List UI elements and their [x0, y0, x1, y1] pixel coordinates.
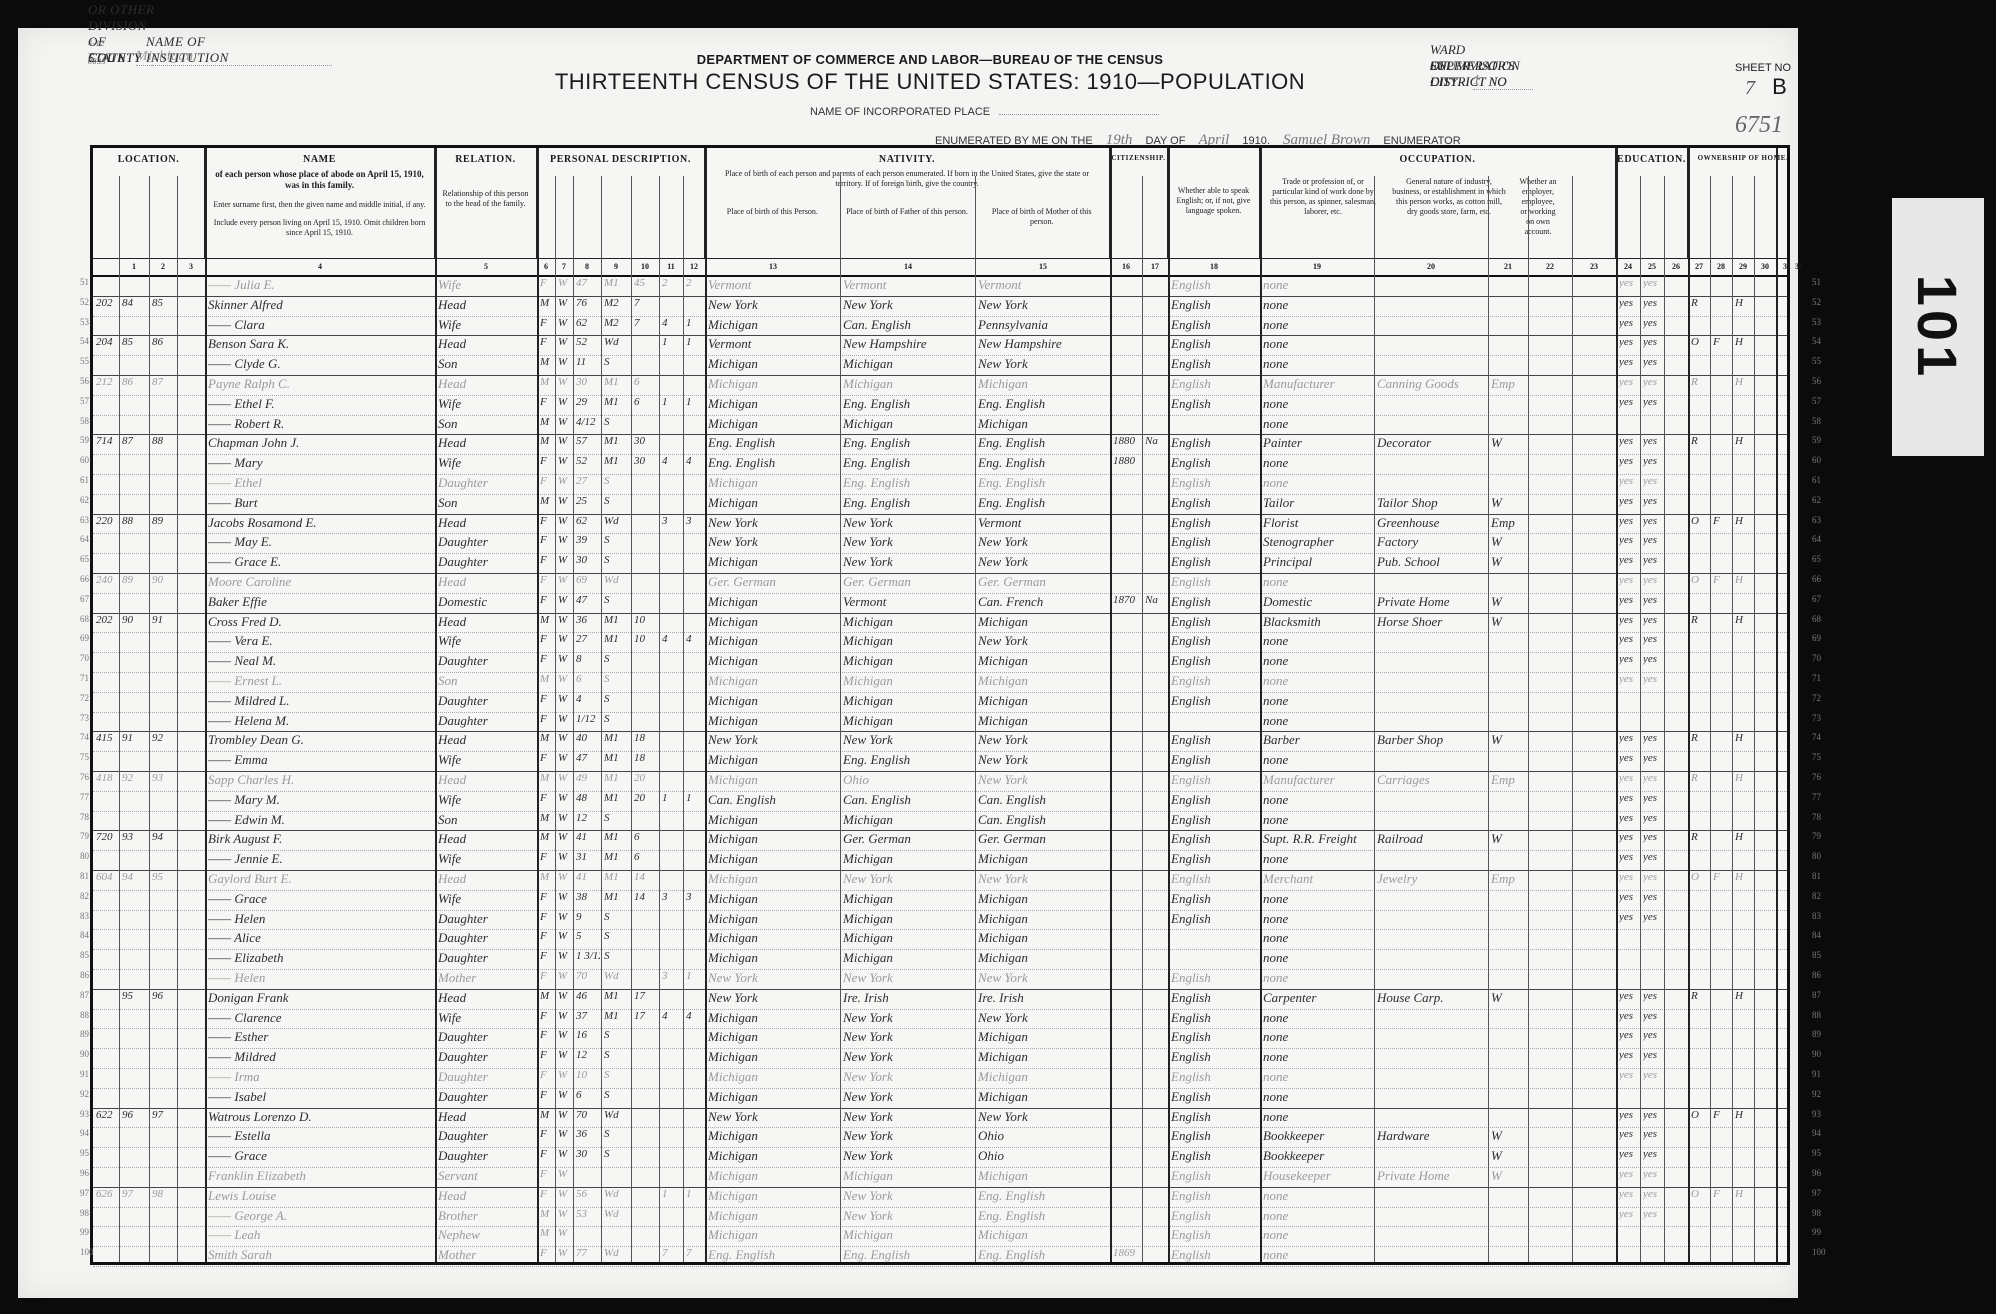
- cell-industry: Private Home: [1377, 1168, 1487, 1184]
- cell-read: yes: [1619, 1109, 1639, 1121]
- cell-english: English: [1171, 475, 1259, 491]
- cell-name: —— Alice: [208, 930, 434, 946]
- cell-trade: none: [1263, 812, 1373, 828]
- cell-trade: Merchant: [1263, 871, 1373, 887]
- line-number: 98: [80, 1208, 89, 1218]
- cell-dwelling: 88: [152, 435, 176, 447]
- cell-name: —— Neal M.: [208, 653, 434, 669]
- cell-street: 714: [96, 435, 118, 447]
- cell-write: yes: [1643, 1208, 1663, 1220]
- column-divider: [840, 176, 841, 1262]
- table-row: —— EstellaDaughterFW36SMichiganNew YorkO…: [93, 1127, 1787, 1148]
- col19-label: General nature of industry, business, or…: [1386, 173, 1512, 241]
- cell-pob: New York: [708, 534, 839, 550]
- cell-sex: F: [540, 1148, 554, 1160]
- cell-write: yes: [1643, 831, 1663, 843]
- cell-free: F: [1713, 515, 1731, 527]
- cell-living: 2: [686, 277, 704, 289]
- cell-marital: M1: [604, 792, 630, 804]
- cell-english: English: [1171, 336, 1259, 352]
- cell-relation: Head: [438, 1188, 536, 1204]
- cell-born: 3: [662, 515, 682, 527]
- line-number: 92: [1812, 1089, 1821, 1099]
- cell-write: yes: [1643, 1010, 1663, 1022]
- cell-pob: Ger. German: [708, 574, 839, 590]
- citizenship-header: CITIZENSHIP.: [1110, 148, 1168, 258]
- cell-name: —— Robert R.: [208, 416, 434, 432]
- nativity-sub: Place of birth of each person and parent…: [705, 165, 1109, 193]
- cell-marital: Wd: [604, 574, 630, 586]
- cell-name: Sapp Charles H.: [208, 772, 434, 788]
- cell-mother: Michigan: [978, 1227, 1109, 1243]
- cell-father: New York: [843, 871, 974, 887]
- cell-read: yes: [1619, 515, 1639, 527]
- cell-mother: Ger. German: [978, 574, 1109, 590]
- cell-sex: F: [540, 653, 554, 665]
- cell-father: New York: [843, 1128, 974, 1144]
- cell-read: yes: [1619, 277, 1639, 289]
- cell-relation: Head: [438, 336, 536, 352]
- cell-years: 45: [634, 277, 658, 289]
- cell-english: English: [1171, 1227, 1259, 1243]
- cell-pob: Michigan: [708, 376, 839, 392]
- line-number: 51: [1812, 277, 1821, 287]
- cell-age: 11: [576, 356, 600, 368]
- cell-father: New York: [843, 1208, 974, 1224]
- cell-pob: Michigan: [708, 930, 839, 946]
- line-number: 56: [1812, 376, 1821, 386]
- cell-sex: M: [540, 831, 554, 843]
- cell-relation: Daughter: [438, 554, 536, 570]
- cell-sex: F: [540, 554, 554, 566]
- cell-living: 1: [686, 1188, 704, 1200]
- cell-english: English: [1171, 396, 1259, 412]
- cell-read: yes: [1619, 297, 1639, 309]
- cell-mother: New York: [978, 297, 1109, 313]
- cell-read: yes: [1619, 1188, 1639, 1200]
- table-row: —— Vera E.WifeFW27M11044MichiganMichigan…: [93, 632, 1787, 653]
- cell-age: 52: [576, 336, 600, 348]
- cell-write: yes: [1643, 732, 1663, 744]
- cell-race: W: [558, 1109, 572, 1121]
- line-number: 72: [1812, 693, 1821, 703]
- table-row: —— MaryWifeFW52M13044Eng. EnglishEng. En…: [93, 454, 1787, 475]
- cell-age: 9: [576, 911, 600, 923]
- cell-years: 30: [634, 435, 658, 447]
- cell-read: yes: [1619, 475, 1639, 487]
- cell-trade: none: [1263, 475, 1373, 491]
- cell-mother: New York: [978, 752, 1109, 768]
- cell-father: Michigan: [843, 673, 974, 689]
- column-number: 14: [898, 262, 918, 271]
- col20-label: Whether an employer, employee, or workin…: [1512, 173, 1564, 241]
- cell-emp: Emp: [1491, 772, 1527, 788]
- cell-name: —— Mary M.: [208, 792, 434, 808]
- column-divider: [1732, 176, 1733, 1262]
- cell-age: 47: [576, 594, 600, 606]
- name-sub2: Enter surname first, then the given name…: [205, 196, 434, 214]
- cell-race: W: [558, 633, 572, 645]
- column-divider: [149, 176, 150, 1262]
- cell-years: 20: [634, 792, 658, 804]
- cell-dwelling: 91: [152, 614, 176, 626]
- cell-trade: none: [1263, 891, 1373, 907]
- line-number: 52: [1812, 297, 1821, 307]
- table-row: —— MildredDaughterFW12SMichiganNew YorkM…: [93, 1048, 1787, 1069]
- column-divider: [1260, 148, 1262, 1262]
- cell-english: English: [1171, 970, 1259, 986]
- cell-father: New York: [843, 554, 974, 570]
- cell-english: English: [1171, 831, 1259, 847]
- table-row: —— Mary M.WifeFW48M12011Can. EnglishCan.…: [93, 791, 1787, 812]
- cell-name: —— Grace: [208, 891, 434, 907]
- cell-pob: Michigan: [708, 891, 839, 907]
- column-number: 22: [1540, 262, 1560, 271]
- cell-emp: W: [1491, 831, 1527, 847]
- cell-pob: Michigan: [708, 1069, 839, 1085]
- line-number: 99: [1812, 1227, 1821, 1237]
- cell-pob: Michigan: [708, 317, 839, 333]
- cell-read: yes: [1619, 534, 1639, 546]
- cell-pob: Michigan: [708, 633, 839, 649]
- line-number: 78: [1812, 812, 1821, 822]
- cell-name: Birk August F.: [208, 831, 434, 847]
- cell-write: yes: [1643, 673, 1663, 685]
- cell-name: —— Ernest L.: [208, 673, 434, 689]
- cell-marital: S: [604, 475, 630, 487]
- cell-name: —— Mildred: [208, 1049, 434, 1065]
- column-divider: [1754, 176, 1755, 1262]
- cell-pob: Michigan: [708, 475, 839, 491]
- cell-race: W: [558, 1247, 572, 1259]
- cell-read: yes: [1619, 356, 1639, 368]
- cell-write: yes: [1643, 475, 1663, 487]
- cell-read: yes: [1619, 792, 1639, 804]
- cell-relation: Daughter: [438, 930, 536, 946]
- cell-house: 85: [122, 336, 148, 348]
- cell-father: New York: [843, 1109, 974, 1125]
- cell-name: —— Grace: [208, 1148, 434, 1164]
- cell-trade: none: [1263, 1089, 1373, 1105]
- cell-emp: W: [1491, 1148, 1527, 1164]
- cell-read: yes: [1619, 673, 1639, 685]
- cell-mother: New York: [978, 534, 1109, 550]
- cell-industry: Hardware: [1377, 1128, 1487, 1144]
- line-number: 91: [1812, 1069, 1821, 1079]
- cell-father: Michigan: [843, 614, 974, 630]
- cell-read: yes: [1619, 732, 1639, 744]
- cell-age: 36: [576, 614, 600, 626]
- cell-pob: Michigan: [708, 1227, 839, 1243]
- cell-own: R: [1691, 732, 1709, 744]
- line-number: 82: [1812, 891, 1821, 901]
- cell-trade: none: [1263, 633, 1373, 649]
- cell-marital: M2: [604, 317, 630, 329]
- cell-own: O: [1691, 574, 1709, 586]
- cell-race: W: [558, 792, 572, 804]
- cell-english: English: [1171, 1148, 1259, 1164]
- cell-write: yes: [1643, 455, 1663, 467]
- cell-relation: Daughter: [438, 911, 536, 927]
- cell-write: yes: [1643, 772, 1663, 784]
- cell-father: Michigan: [843, 376, 974, 392]
- cell-read: yes: [1619, 633, 1639, 645]
- line-number: 59: [80, 435, 89, 445]
- table-row: 2408990Moore CarolineHeadFW69WdGer. Germ…: [93, 573, 1787, 594]
- line-number: 80: [80, 851, 89, 861]
- cell-age: 57: [576, 435, 600, 447]
- line-number: 66: [1812, 574, 1821, 584]
- cell-trade: Painter: [1263, 435, 1373, 451]
- cell-mother: New York: [978, 772, 1109, 788]
- cell-english: English: [1171, 435, 1259, 451]
- cell-pob: New York: [708, 297, 839, 313]
- cell-living: 7: [686, 1247, 704, 1259]
- cell-english: English: [1171, 693, 1259, 709]
- cell-age: 77: [576, 1247, 600, 1259]
- cell-free: F: [1713, 1109, 1731, 1121]
- cell-farm: H: [1735, 376, 1753, 388]
- cell-marital: Wd: [604, 515, 630, 527]
- cell-mother: Michigan: [978, 891, 1109, 907]
- cell-trade: Supt. R.R. Freight: [1263, 831, 1373, 847]
- cell-race: W: [558, 534, 572, 546]
- cell-marital: S: [604, 554, 630, 566]
- cell-father: Vermont: [843, 277, 974, 293]
- punch-hole: [1822, 886, 1836, 900]
- sheet-number: Sheet No 7 B: [1735, 62, 1791, 100]
- cell-read: yes: [1619, 495, 1639, 507]
- cell-english: English: [1171, 554, 1259, 570]
- cell-marital: S: [604, 1128, 630, 1140]
- cell-read: yes: [1619, 1168, 1639, 1180]
- cell-street: 212: [96, 376, 118, 388]
- cell-imm: 1880: [1113, 455, 1141, 467]
- ownership-group-label: OWNERSHIP OF HOME.: [1688, 148, 1798, 162]
- table-row: —— GraceWifeFW38M11433MichiganMichiganMi…: [93, 890, 1787, 911]
- cell-write: yes: [1643, 1148, 1663, 1160]
- cell-trade: none: [1263, 1109, 1373, 1125]
- cell-marital: Wd: [604, 336, 630, 348]
- cell-house: 90: [122, 614, 148, 626]
- cell-write: yes: [1643, 1049, 1663, 1061]
- cell-trade: Bookkeeper: [1263, 1128, 1373, 1144]
- cell-marital: S: [604, 911, 630, 923]
- cell-pob: Eng. English: [708, 435, 839, 451]
- cell-mother: Can. English: [978, 792, 1109, 808]
- cell-street: 604: [96, 871, 118, 883]
- cell-pob: New York: [708, 1109, 839, 1125]
- incorporated-place-label: Name of incorporated place: [810, 106, 990, 118]
- column-number: 2: [153, 262, 173, 271]
- cell-farm: H: [1735, 1109, 1753, 1121]
- cell-relation: Wife: [438, 792, 536, 808]
- cell-own: R: [1691, 435, 1709, 447]
- cell-sex: M: [540, 1109, 554, 1121]
- cell-years: 10: [634, 633, 658, 645]
- cell-trade: none: [1263, 356, 1373, 372]
- cell-relation: Daughter: [438, 653, 536, 669]
- line-number: 62: [1812, 495, 1821, 505]
- cell-marital: S: [604, 812, 630, 824]
- cell-father: Michigan: [843, 930, 974, 946]
- cell-english: English: [1171, 1089, 1259, 1105]
- cell-english: English: [1171, 633, 1259, 649]
- table-row: 7209394Birk August F.HeadMW41M16Michigan…: [93, 830, 1787, 851]
- cell-english: English: [1171, 1049, 1259, 1065]
- personal-group-label: PERSONAL DESCRIPTION.: [537, 148, 704, 165]
- cell-write: yes: [1643, 336, 1663, 348]
- stamp-number: 6751: [1735, 112, 1783, 139]
- cell-trade: Barber: [1263, 732, 1373, 748]
- column-divider: [659, 176, 660, 1262]
- table-row: —— George A.BrotherMW53WdMichiganNew Yor…: [93, 1207, 1787, 1228]
- cell-industry: Railroad: [1377, 831, 1487, 847]
- cell-emp: W: [1491, 990, 1527, 1006]
- cell-relation: Wife: [438, 455, 536, 471]
- cell-relation: Son: [438, 673, 536, 689]
- cell-mother: Michigan: [978, 416, 1109, 432]
- cell-english: English: [1171, 1069, 1259, 1085]
- cell-father: New York: [843, 297, 974, 313]
- cell-mother: Eng. English: [978, 1208, 1109, 1224]
- cell-emp: Emp: [1491, 515, 1527, 531]
- cell-sex: F: [540, 713, 554, 725]
- cell-pob: Michigan: [708, 752, 839, 768]
- cell-read: yes: [1619, 376, 1639, 388]
- cell-write: yes: [1643, 1168, 1663, 1180]
- cell-pob: New York: [708, 970, 839, 986]
- cell-farm: H: [1735, 990, 1753, 1002]
- cell-race: W: [558, 1010, 572, 1022]
- cell-farm: H: [1735, 515, 1753, 527]
- reel-marker: 101: [1892, 198, 1984, 456]
- cell-english: English: [1171, 673, 1259, 689]
- cell-street: 622: [96, 1109, 118, 1121]
- cell-race: W: [558, 1148, 572, 1160]
- line-number: 77: [1812, 792, 1821, 802]
- cell-read: yes: [1619, 990, 1639, 1002]
- cell-mother: New York: [978, 554, 1109, 570]
- cell-father: New York: [843, 1029, 974, 1045]
- line-number: 67: [1812, 594, 1821, 604]
- cell-english: English: [1171, 871, 1259, 887]
- cell-age: 70: [576, 1109, 600, 1121]
- line-number: 65: [1812, 554, 1821, 564]
- cell-english: English: [1171, 891, 1259, 907]
- column-divider: [1142, 176, 1143, 1262]
- cell-race: W: [558, 297, 572, 309]
- punch-hole: [1822, 1108, 1836, 1122]
- cell-english: English: [1171, 594, 1259, 610]
- cell-own: R: [1691, 990, 1709, 1002]
- cell-mother: New York: [978, 970, 1109, 986]
- line-number: 76: [80, 772, 89, 782]
- table-row: —— Jennie E.WifeFW31M16MichiganMichiganM…: [93, 850, 1787, 871]
- cell-relation: Head: [438, 574, 536, 590]
- cell-age: 62: [576, 515, 600, 527]
- table-row: —— EthelDaughterFW27SMichiganEng. Englis…: [93, 474, 1787, 495]
- cell-mother: New York: [978, 732, 1109, 748]
- table-row: 4189293Sapp Charles H.HeadMW49M120Michig…: [93, 771, 1787, 792]
- column-number: 8: [577, 262, 597, 271]
- cell-years: 18: [634, 732, 658, 744]
- column-number: 11: [661, 262, 681, 271]
- line-number: 82: [80, 891, 89, 901]
- line-number: 63: [80, 515, 89, 525]
- cell-relation: Head: [438, 614, 536, 630]
- cell-marital: S: [604, 1089, 630, 1101]
- cell-marital: Wd: [604, 1188, 630, 1200]
- column-divider: [1640, 176, 1641, 1262]
- cell-pob: Michigan: [708, 851, 839, 867]
- cell-name: —— Helena M.: [208, 713, 434, 729]
- cell-read: yes: [1619, 336, 1639, 348]
- cell-emp: W: [1491, 534, 1527, 550]
- cell-sex: F: [540, 851, 554, 863]
- cell-age: 30: [576, 376, 600, 388]
- cell-dwelling: 98: [152, 1188, 176, 1200]
- cell-age: 12: [576, 1049, 600, 1061]
- cell-race: W: [558, 317, 572, 329]
- cell-relation: Wife: [438, 317, 536, 333]
- cell-race: W: [558, 871, 572, 883]
- cell-years: 20: [634, 772, 658, 784]
- cell-mother: Michigan: [978, 713, 1109, 729]
- cell-race: W: [558, 574, 572, 586]
- cell-race: W: [558, 336, 572, 348]
- cell-relation: Servant: [438, 1168, 536, 1184]
- cell-write: yes: [1643, 495, 1663, 507]
- line-number: 69: [1812, 633, 1821, 643]
- cell-english: English: [1171, 376, 1259, 392]
- column-number: 10: [635, 262, 655, 271]
- line-number: 52: [80, 297, 89, 307]
- table-row: 2029091Cross Fred D.HeadMW36M110Michigan…: [93, 613, 1787, 634]
- column-divider: [1110, 148, 1112, 1262]
- cell-sex: M: [540, 732, 554, 744]
- cell-name: —— Mildred L.: [208, 693, 434, 709]
- cell-write: yes: [1643, 614, 1663, 626]
- cell-relation: Daughter: [438, 1128, 536, 1144]
- cell-farm: H: [1735, 297, 1753, 309]
- cell-father: New Hampshire: [843, 336, 974, 352]
- column-divider: [1168, 148, 1170, 1262]
- cell-age: 47: [576, 277, 600, 289]
- cell-own: R: [1691, 614, 1709, 626]
- cell-english: English: [1171, 1010, 1259, 1026]
- cell-sex: F: [540, 396, 554, 408]
- cell-age: 8: [576, 653, 600, 665]
- column-divider: [1488, 176, 1489, 1262]
- cell-sex: F: [540, 792, 554, 804]
- cell-relation: Domestic: [438, 594, 536, 610]
- education-header: EDUCATION.: [1616, 148, 1688, 258]
- cell-name: —— Jennie E.: [208, 851, 434, 867]
- cell-house: 94: [122, 871, 148, 883]
- cell-mother: Eng. English: [978, 455, 1109, 471]
- cell-sex: M: [540, 990, 554, 1002]
- cell-emp: Emp: [1491, 871, 1527, 887]
- cell-read: yes: [1619, 911, 1639, 923]
- cell-age: 39: [576, 534, 600, 546]
- cell-relation: Head: [438, 732, 536, 748]
- cell-father: New York: [843, 1089, 974, 1105]
- cell-sex: F: [540, 336, 554, 348]
- line-number: 66: [80, 574, 89, 584]
- cell-trade: none: [1263, 950, 1373, 966]
- cell-read: yes: [1619, 653, 1639, 665]
